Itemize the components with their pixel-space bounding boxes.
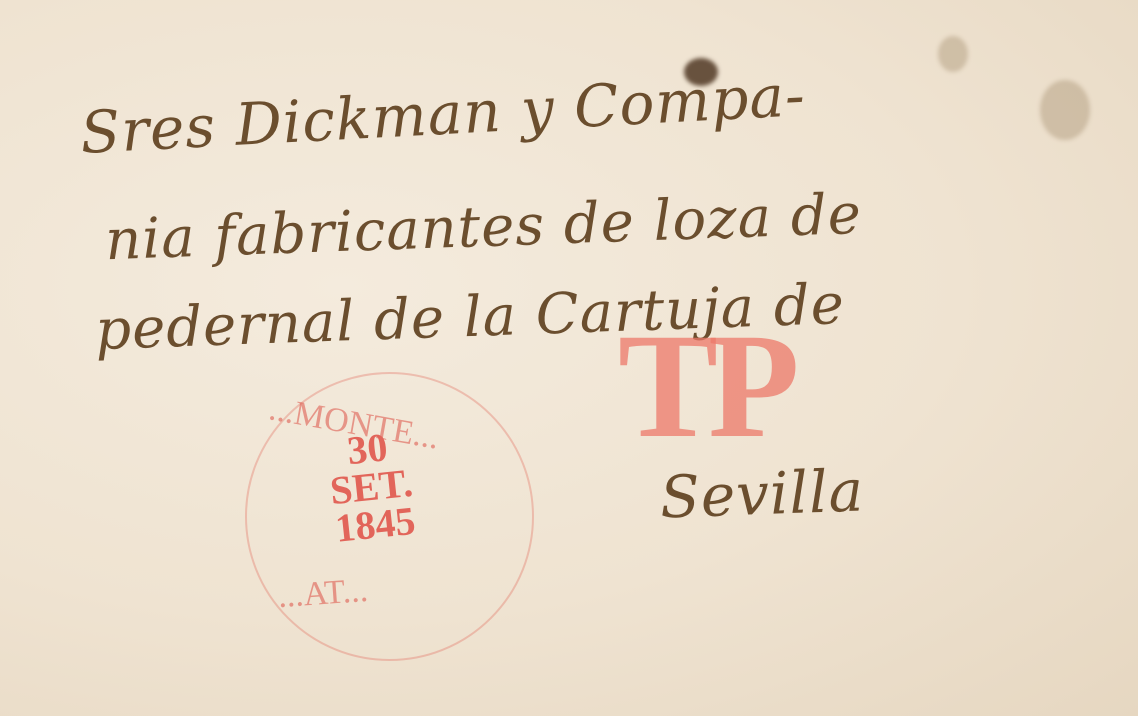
letter-cover: Sres Dickman y Compa- nia fabricantes de…	[0, 0, 1138, 716]
address-line-1: Sres Dickman y Compa-	[79, 61, 807, 167]
address-line-2: nia fabricantes de loza de	[104, 182, 863, 273]
postmark-bottom-text: ...AT...	[277, 572, 369, 616]
rate-mark-tp: TP	[618, 300, 790, 472]
postmark-year: 1845	[332, 502, 418, 548]
ink-stain	[938, 36, 968, 72]
ink-stain	[1040, 80, 1090, 140]
postmark-date: 30 SET. 1845	[324, 426, 418, 548]
